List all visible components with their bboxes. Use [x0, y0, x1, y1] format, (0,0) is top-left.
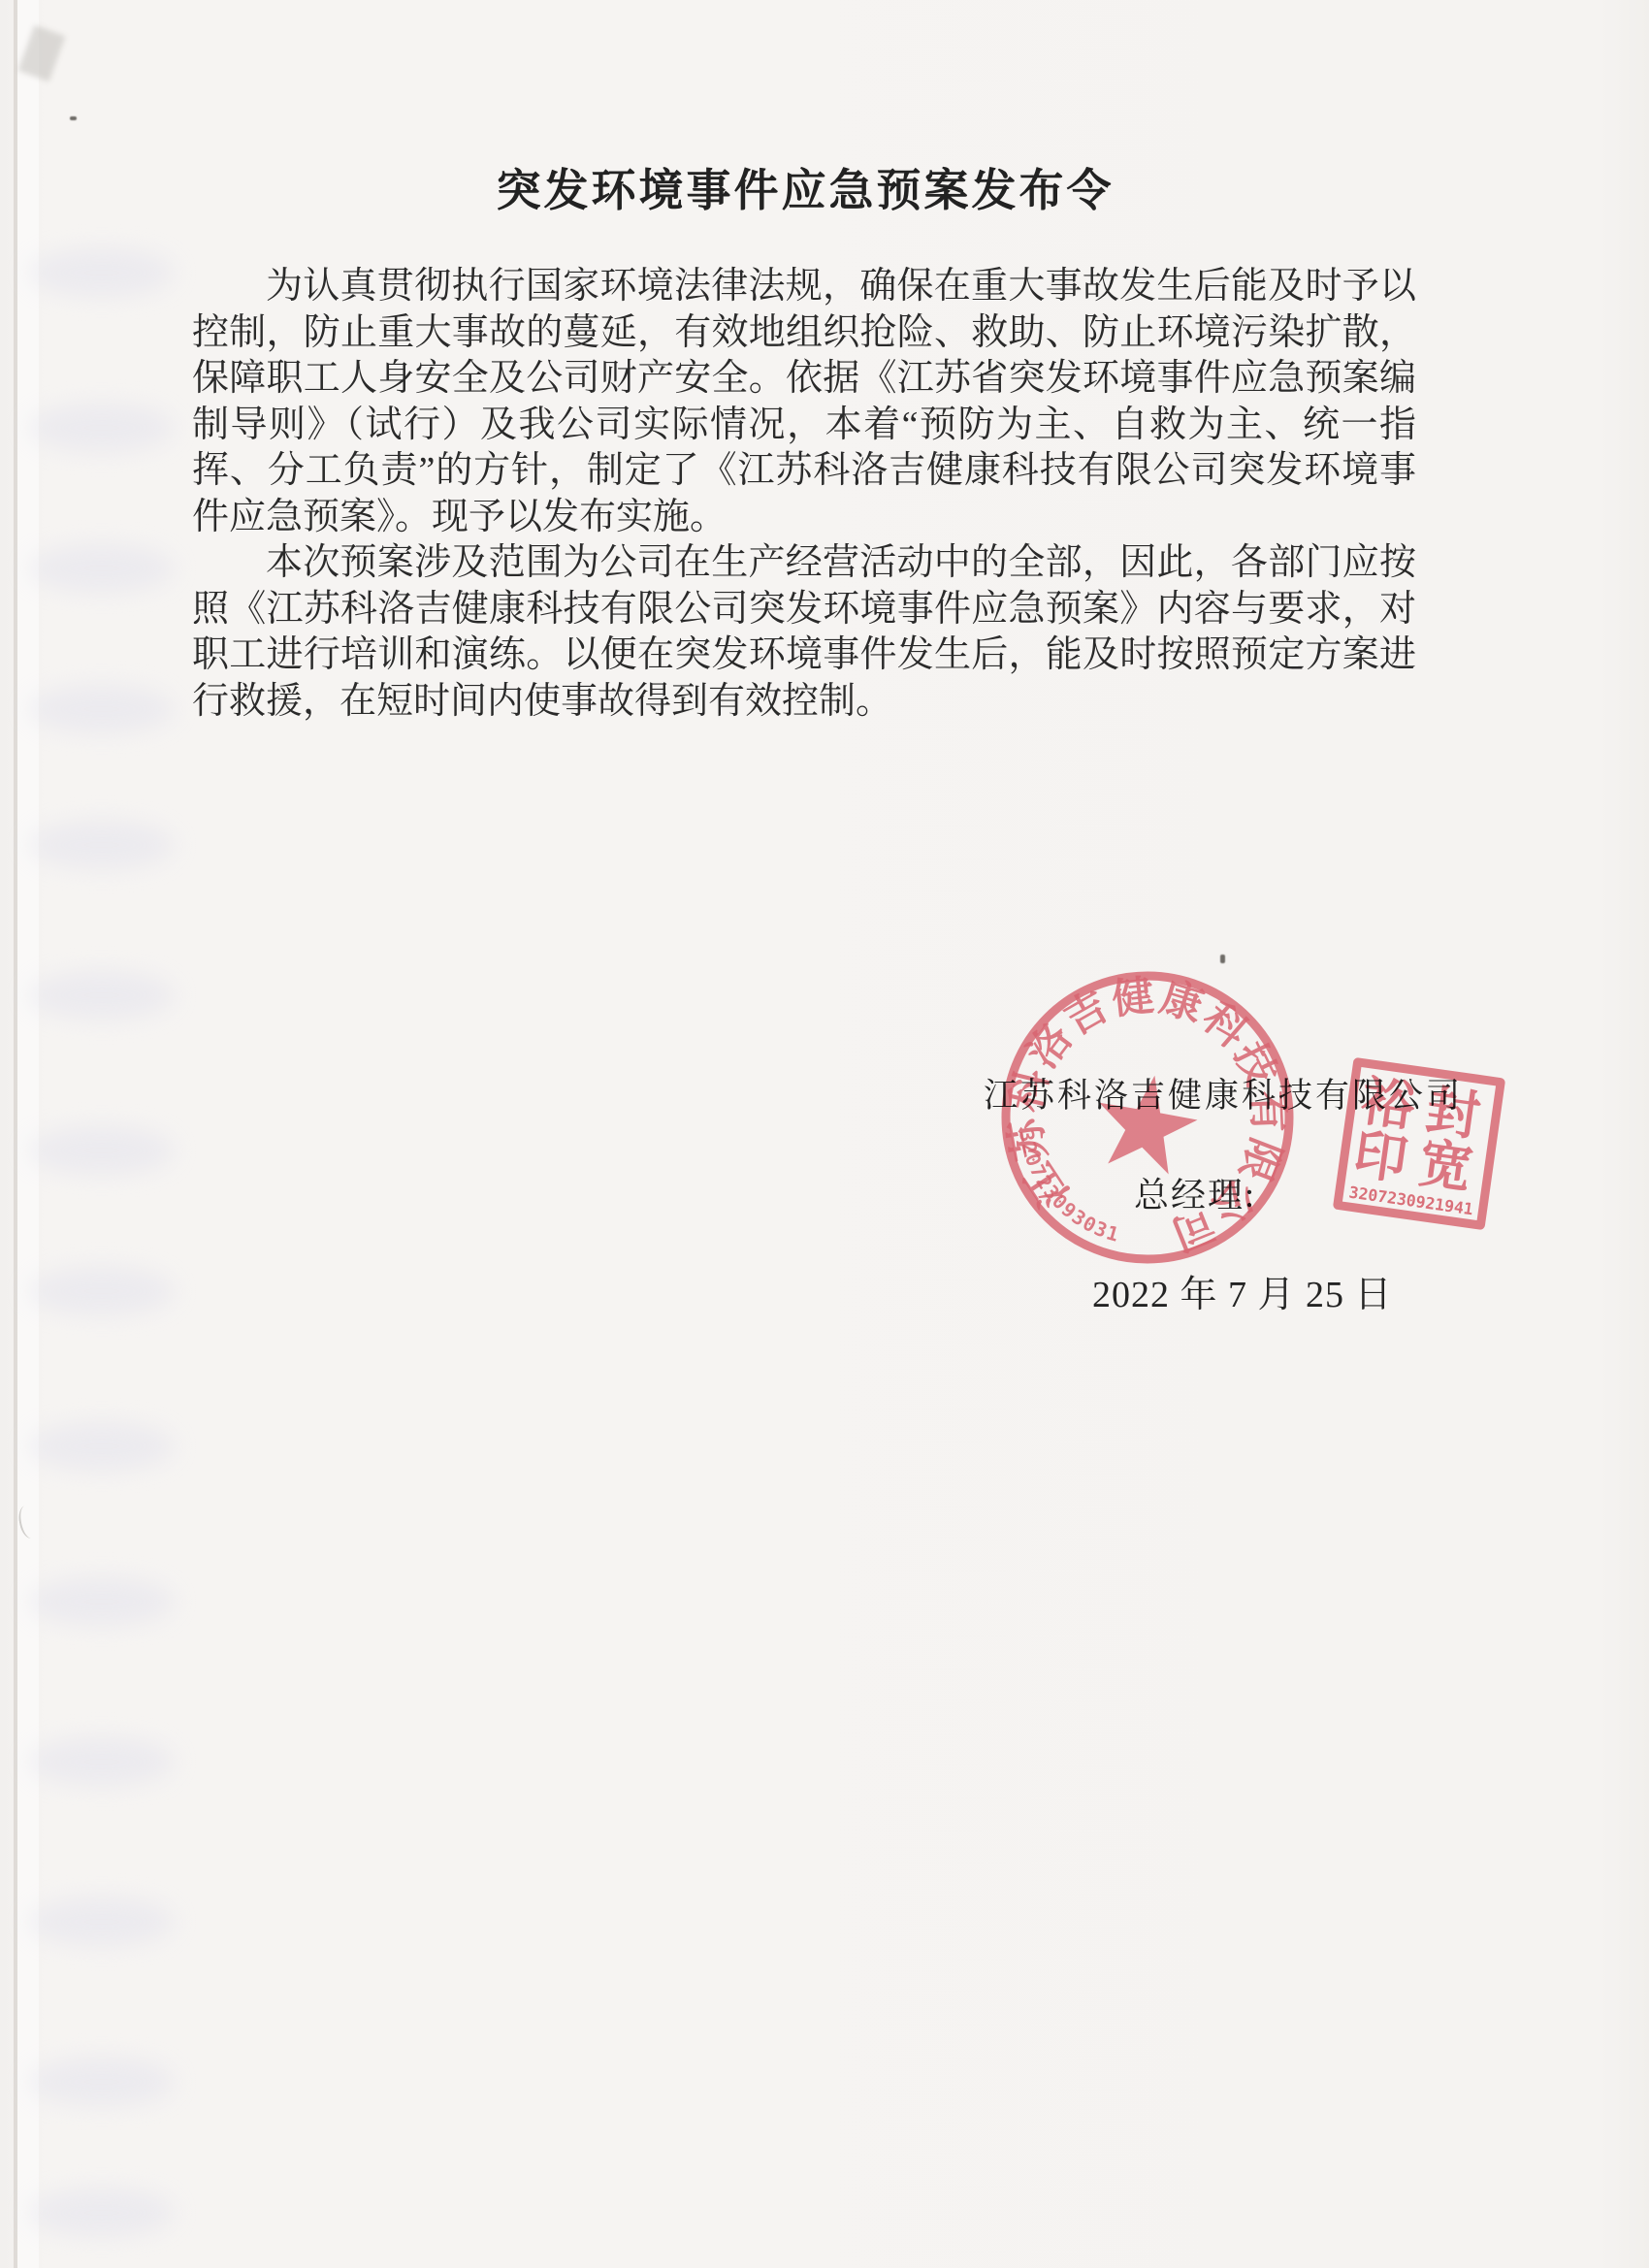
round-company-seal: 江苏科洛吉健康科技有限公司 3207230930317 — [992, 962, 1303, 1273]
scan-smudge — [29, 684, 175, 734]
square-seal: 裕 印 封 宽 3207230921941 — [1333, 1057, 1505, 1230]
square-seal-char-bottom-right: 宽 — [1415, 1136, 1475, 1196]
document-body: 为认真贯彻执行国家环境法律法规，确保在重大事故发生后能及时予以控制，防止重大事故… — [192, 264, 1416, 725]
scan-smudge — [29, 1576, 175, 1627]
scan-smudge — [29, 247, 175, 298]
scan-smudge — [29, 1736, 175, 1787]
scan-smudge — [29, 1125, 175, 1176]
scan-smudge — [29, 820, 175, 870]
seal-star-icon — [1099, 1076, 1197, 1175]
scan-smudge — [29, 2187, 175, 2238]
scan-smudge — [29, 543, 175, 594]
paragraph-1: 为认真贯彻执行国家环境法律法规，确保在重大事故发生后能及时予以控制，防止重大事故… — [192, 264, 1416, 540]
scanned-document-page: 突发环境事件应急预案发布令 为认真贯彻执行国家环境法律法规，确保在重大事故发生后… — [0, 0, 1649, 2268]
scan-smudge — [29, 403, 175, 453]
scan-smudge — [29, 970, 175, 1021]
scan-speck — [70, 116, 77, 120]
scan-smudge — [29, 1266, 175, 1316]
document-title: 突发环境事件应急预案发布令 — [190, 155, 1420, 219]
scan-smudge — [29, 1421, 175, 1472]
paragraph-2: 本次预案涉及范围为公司在生产经营活动中的全部，因此，各部门应按照《江苏科洛吉健康… — [192, 540, 1416, 725]
scan-smudge — [29, 1896, 175, 1947]
scan-smudge — [29, 2057, 175, 2107]
square-seal-char-bottom-left: 印 — [1350, 1127, 1410, 1187]
